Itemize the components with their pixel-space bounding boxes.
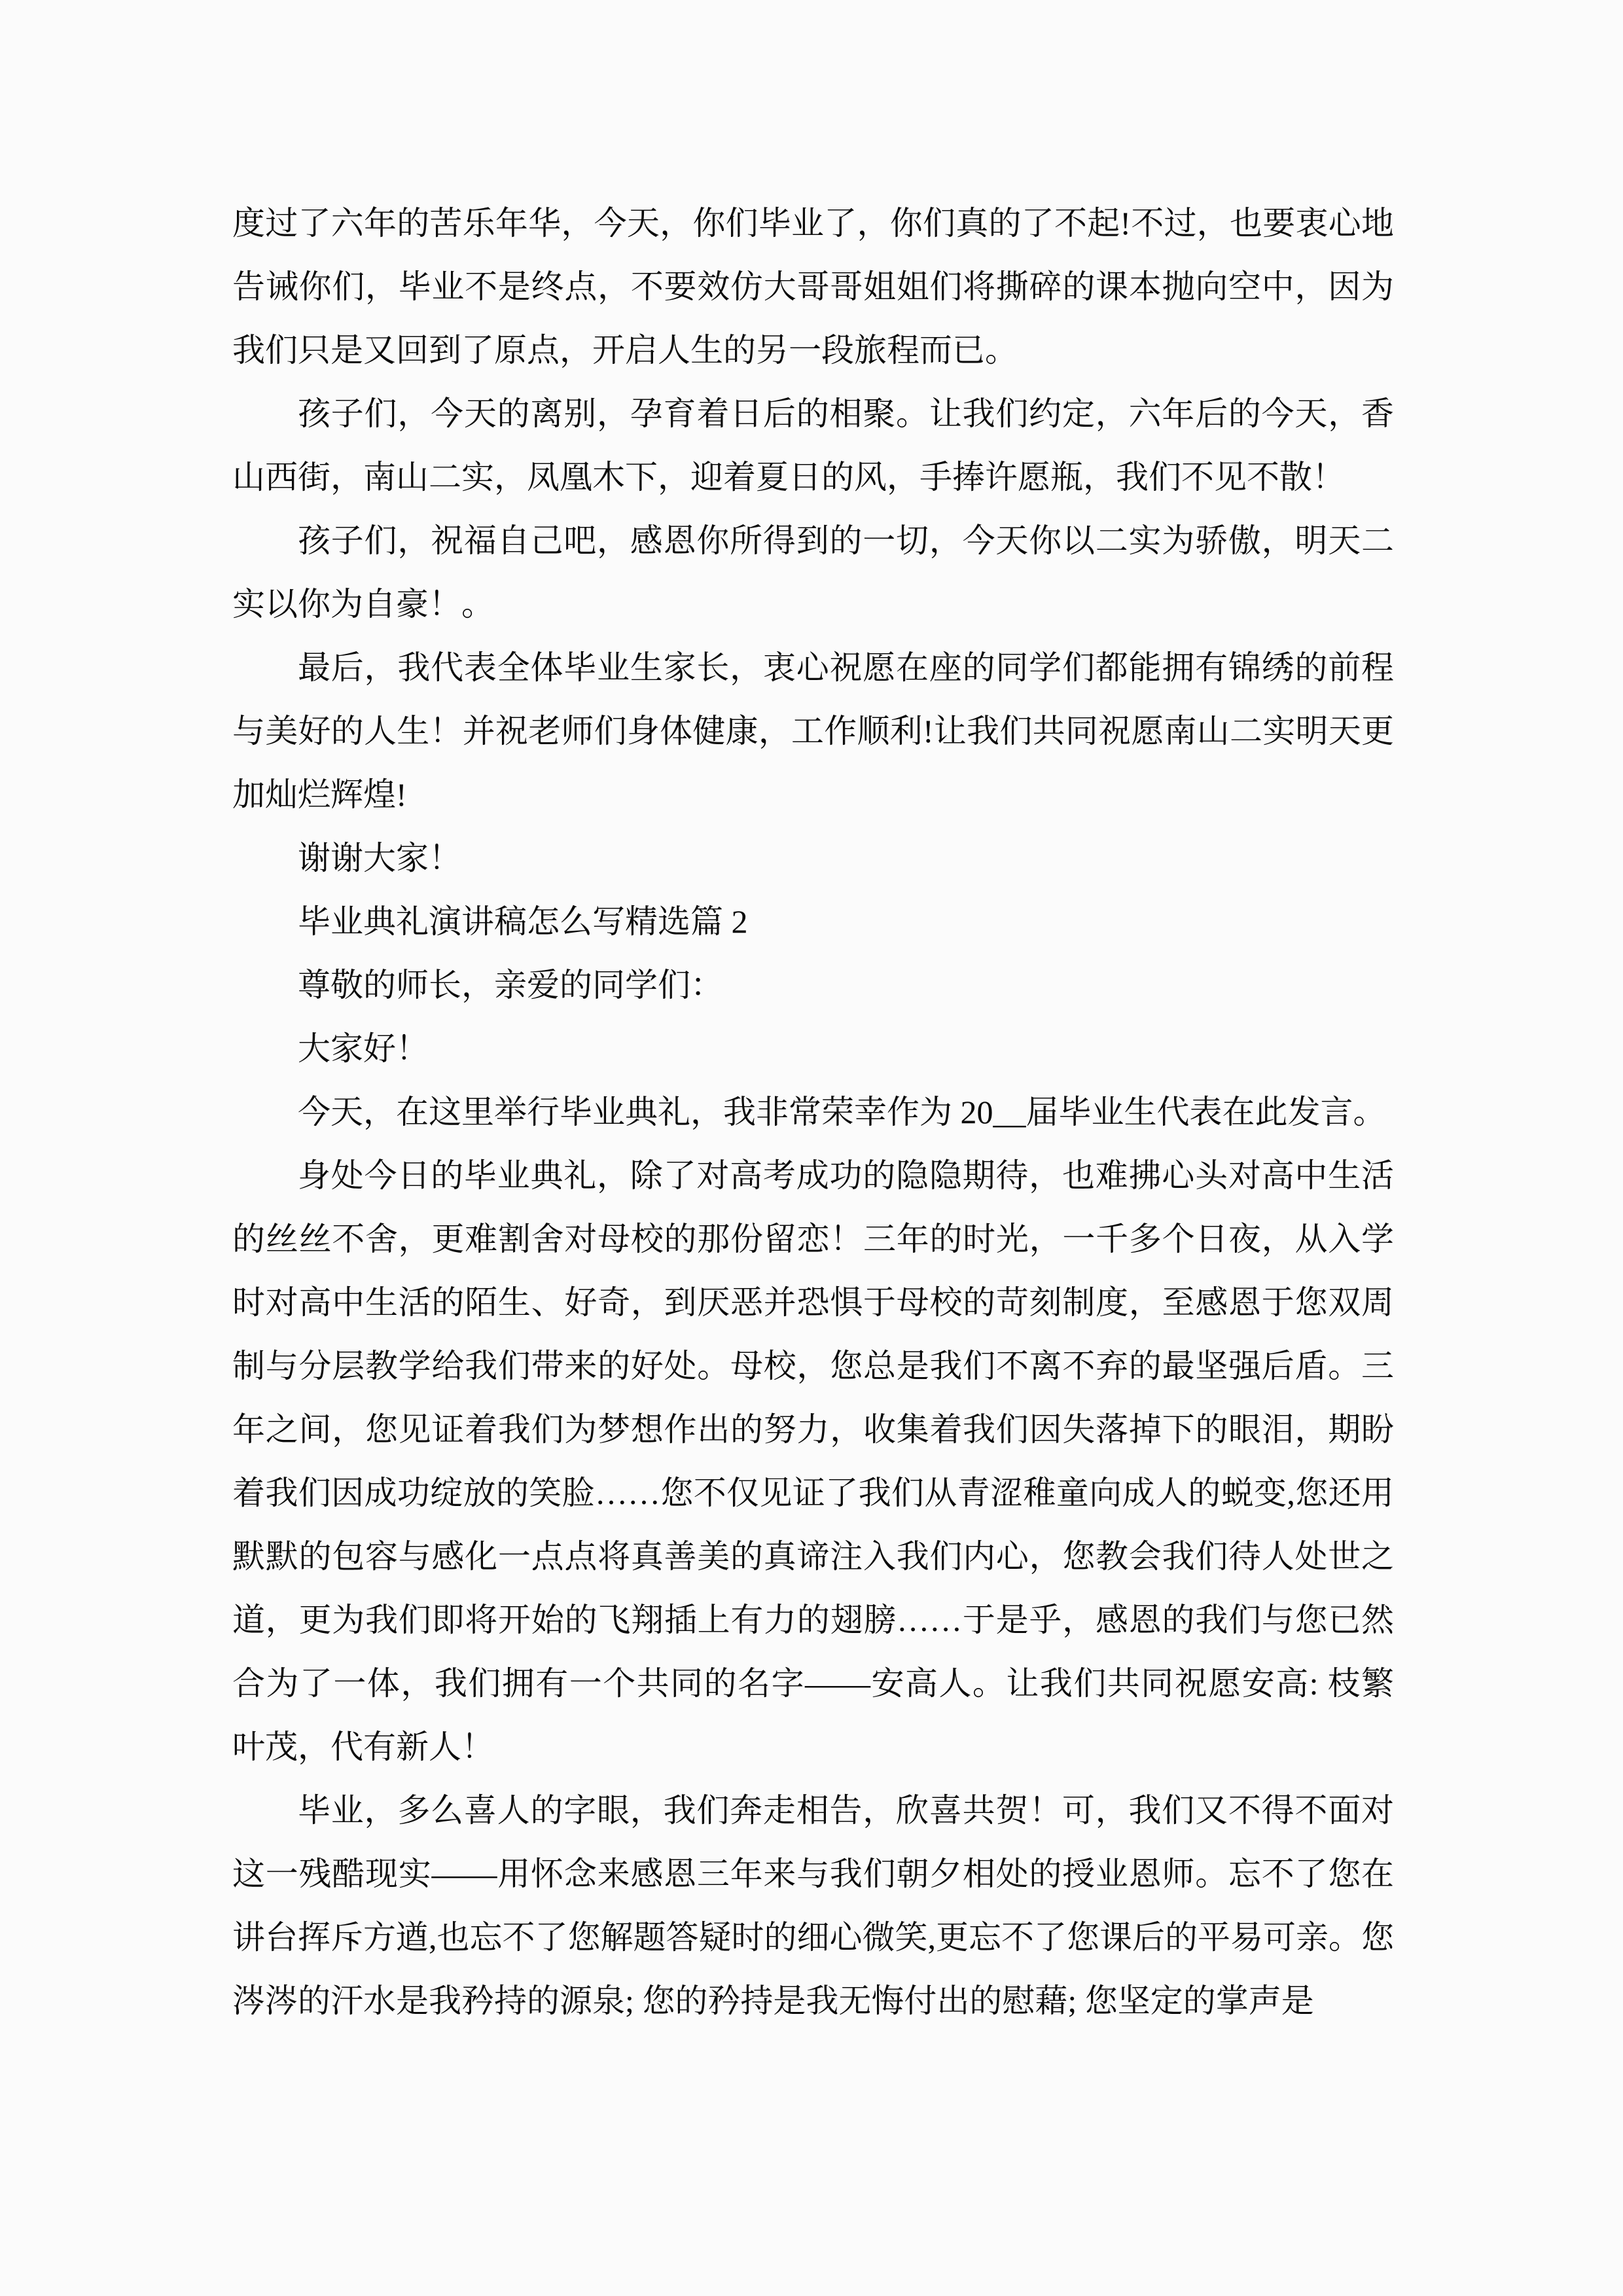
paragraph: 毕业，多么喜人的字眼，我们奔走相告，欣喜共贺！可，我们又不得不面对这一残酷现实—…	[232, 1779, 1394, 2033]
paragraph: 今天，在这里举行毕业典礼，我非常荣幸作为 20__届毕业生代表在此发言。	[232, 1081, 1394, 1144]
paragraph: 身处今日的毕业典礼，除了对高考成功的隐隐期待，也难拂心头对高中生活的丝丝不舍，更…	[232, 1144, 1394, 1779]
paragraph: 最后，我代表全体毕业生家长，衷心祝愿在座的同学们都能拥有锦绣的前程与美好的人生！…	[232, 636, 1394, 827]
paragraph: 孩子们，祝福自己吧，感恩你所得到的一切，今天你以二实为骄傲，明天二实以你为自豪！…	[232, 509, 1394, 636]
paragraph: 谢谢大家！	[232, 827, 1394, 890]
greeting: 大家好！	[232, 1017, 1394, 1081]
speech-text-block: 度过了六年的苦乐年华，今天，你们毕业了，你们真的了不起!不过，也要衷心地告诫你们…	[232, 192, 1394, 2033]
paragraph: 度过了六年的苦乐年华，今天，你们毕业了，你们真的了不起!不过，也要衷心地告诫你们…	[232, 192, 1394, 382]
document-page: 度过了六年的苦乐年华，今天，你们毕业了，你们真的了不起!不过，也要衷心地告诫你们…	[0, 0, 1623, 2296]
salutation: 尊敬的师长，亲爱的同学们：	[232, 954, 1394, 1017]
section-heading: 毕业典礼演讲稿怎么写精选篇 2	[232, 890, 1394, 954]
paragraph: 孩子们，今天的离别，孕育着日后的相聚。让我们约定，六年后的今天，香山西街，南山二…	[232, 382, 1394, 509]
